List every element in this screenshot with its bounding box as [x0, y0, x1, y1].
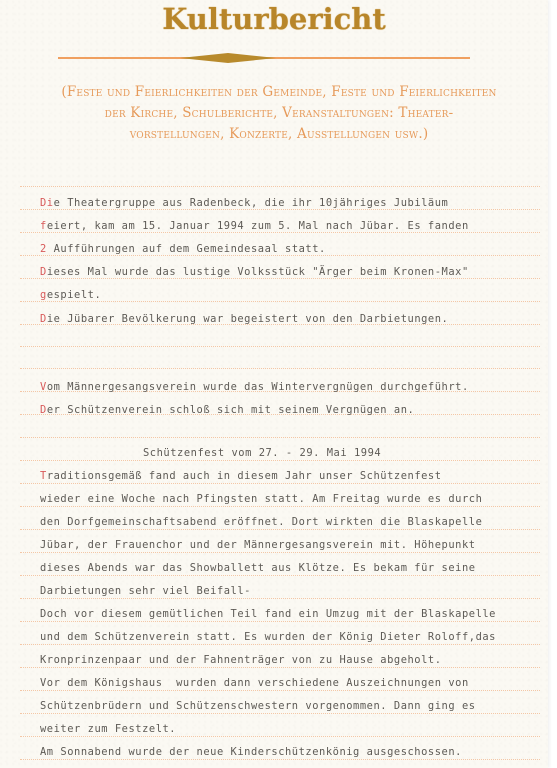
text-line: Am Sonnabend wurde der neue Kinderschütz… — [40, 746, 462, 758]
text-line: Traditionsgemäß fand auch in diesem Jahr… — [40, 470, 442, 482]
text-line: Vor dem Königshaus wurden dann verschied… — [40, 677, 469, 689]
text-line: 2 Aufführungen auf dem Gemeindesaal stat… — [40, 243, 326, 255]
text-line: Doch vor diesem gemütlichen Teil fand ei… — [40, 608, 496, 620]
document-page: Kulturbericht (Feste und Feierlichkeiten… — [0, 0, 548, 768]
text-line: feiert, kam am 15. Januar 1994 zum 5. Ma… — [40, 220, 469, 232]
text-line: dieses Abends war das Showballett aus Kl… — [40, 562, 476, 574]
text-line: Die Jübarer Bevölkerung war begeistert v… — [40, 313, 448, 325]
text-line: wieder eine Woche nach Pfingsten statt. … — [40, 493, 482, 505]
text-line: und dem Schützenverein statt. Es wurden … — [40, 631, 496, 643]
text-line: Vom Männergesangsverein wurde das Winter… — [40, 381, 469, 393]
text-line: Der Schützenverein schloß sich mit seine… — [40, 404, 414, 416]
text-line: Die Theatergruppe aus Radenbeck, die ihr… — [40, 197, 448, 209]
text-line: den Dorfgemeinschaftsabend eröffnet. Dor… — [40, 516, 482, 528]
text-line: weiter zum Festzelt. — [40, 723, 176, 735]
text-line: Dieses Mal wurde das lustige Volksstück … — [40, 266, 469, 278]
text-line: Schützenbrüdern und Schützenschwestern v… — [40, 700, 476, 712]
text-line: Kronprinzenpaar und der Fahnenträger von… — [40, 654, 442, 666]
text-line: Darbietungen sehr viel Beifall- — [40, 585, 251, 597]
text-line: gespielt. — [40, 289, 101, 301]
section-heading: Schützenfest vom 27. - 29. Mai 1994 — [143, 447, 381, 459]
text-line: Jübar, der Frauenchor und der Männergesa… — [40, 539, 476, 551]
